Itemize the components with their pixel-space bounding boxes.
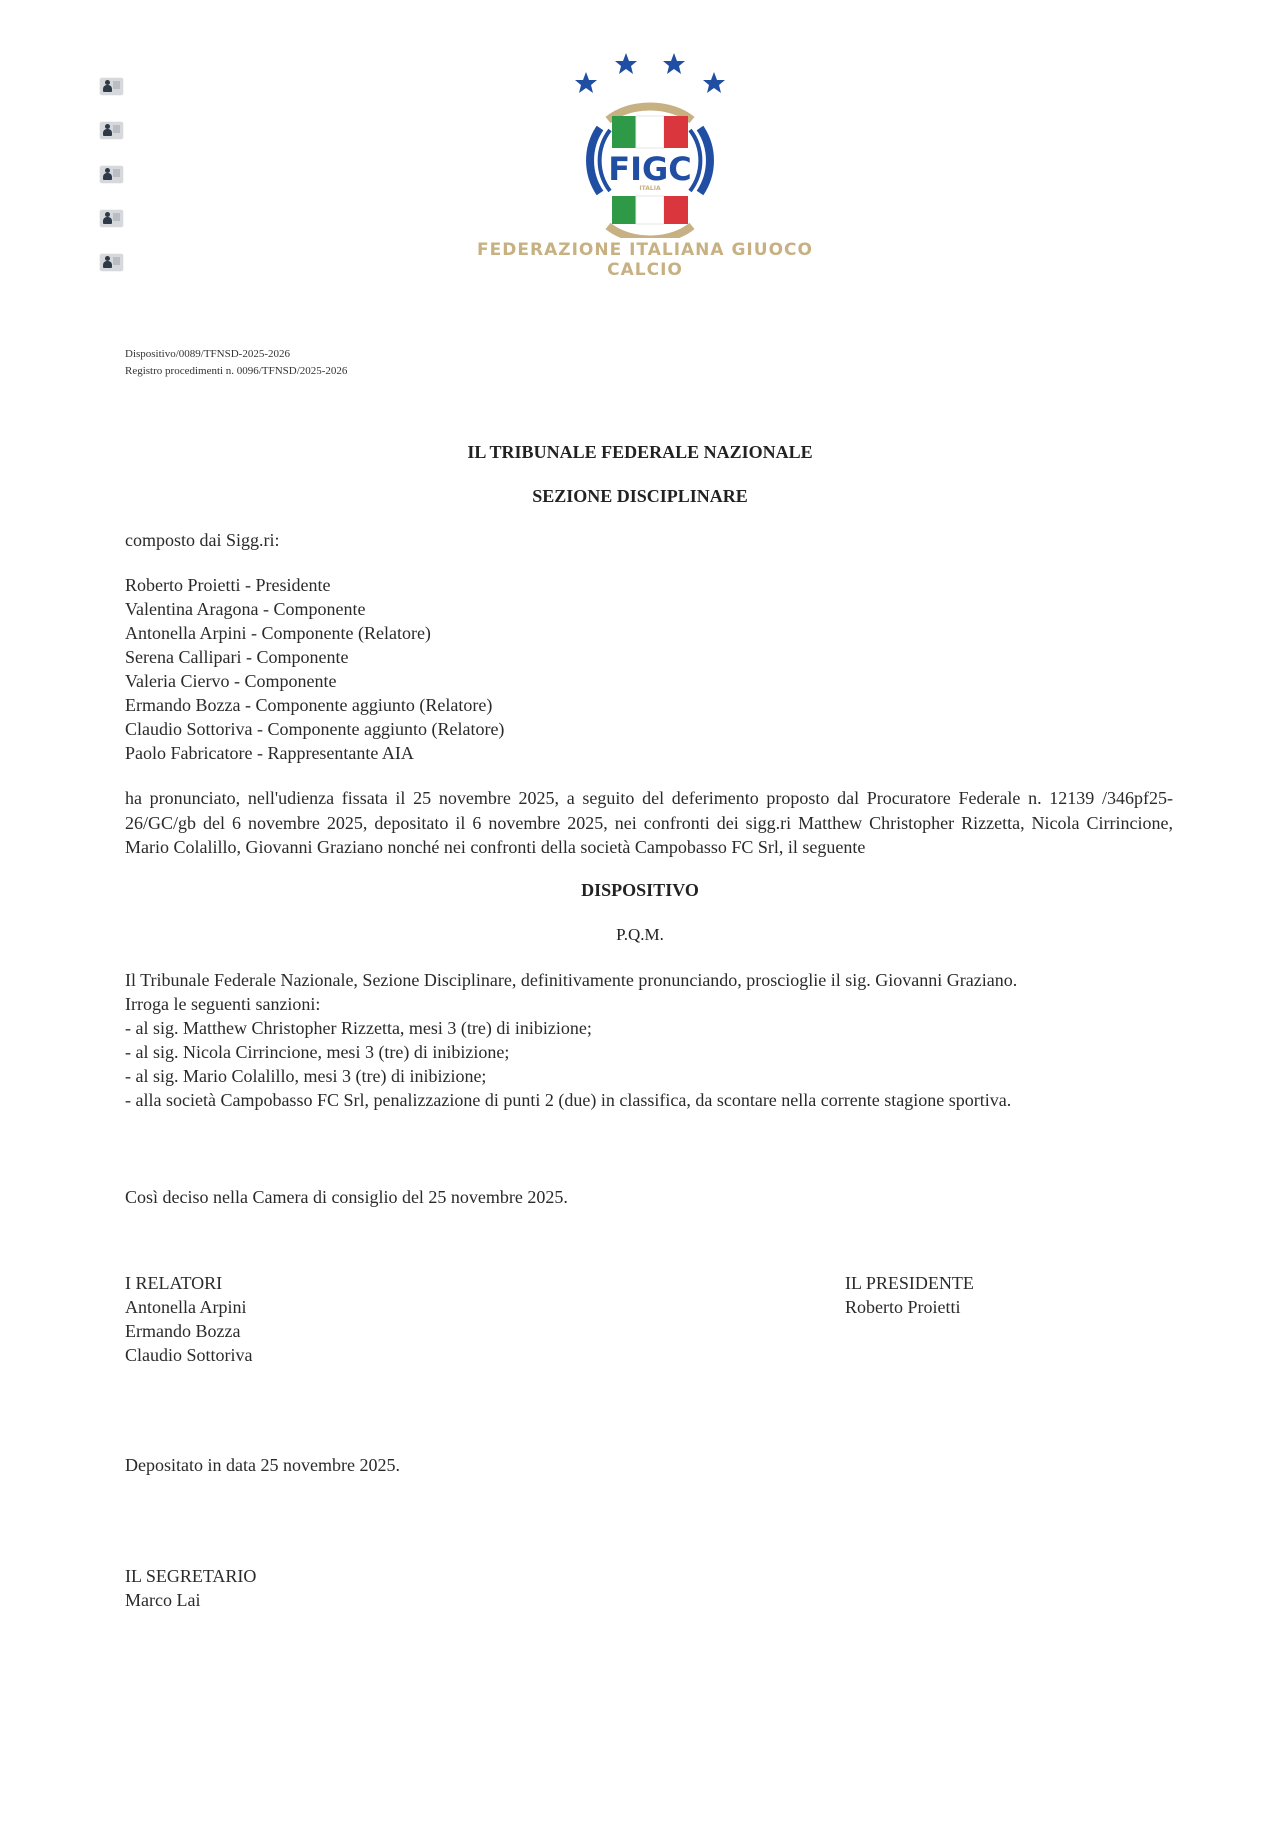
- ruling-section: Il Tribunale Federale Nazionale, Sezione…: [125, 968, 1017, 1112]
- relatore-name: Antonella Arpini: [125, 1295, 253, 1319]
- relatore-name: Ermando Bozza: [125, 1319, 253, 1343]
- relatori-signature-block: I RELATORI Antonella Arpini Ermando Bozz…: [125, 1271, 253, 1367]
- contact-card-icon[interactable]: [100, 78, 123, 95]
- relatore-name: Claudio Sottoriva: [125, 1343, 253, 1367]
- member-item: Serena Callipari - Componente: [125, 645, 504, 669]
- acquittal-text: Il Tribunale Federale Nazionale, Sezione…: [125, 968, 1017, 992]
- deposited-statement: Depositato in data 25 novembre 2025.: [125, 1453, 400, 1477]
- contact-card-icon[interactable]: [100, 166, 123, 183]
- members-list: Roberto Proietti - Presidente Valentina …: [125, 573, 504, 765]
- pronouncement-paragraph: ha pronunciato, nell'udienza fissata il …: [125, 786, 1173, 860]
- member-item: Valentina Aragona - Componente: [125, 597, 504, 621]
- sanction-item: - al sig. Mario Colalillo, mesi 3 (tre) …: [125, 1064, 1017, 1088]
- member-item: Antonella Arpini - Componente (Relatore): [125, 621, 504, 645]
- dispositivo-heading: DISPOSITIVO: [0, 880, 1280, 901]
- document-subtitle: SEZIONE DISCIPLINARE: [0, 486, 1280, 507]
- presidente-signature-block: IL PRESIDENTE Roberto Proietti: [845, 1271, 974, 1319]
- presidente-label: IL PRESIDENTE: [845, 1271, 974, 1295]
- member-item: Paolo Fabricatore - Rappresentante AIA: [125, 741, 504, 765]
- sanction-item: - alla società Campobasso FC Srl, penali…: [125, 1088, 1017, 1112]
- svg-text:ITALIA: ITALIA: [639, 185, 661, 192]
- figc-logo: FIGC ITALIA: [570, 48, 730, 238]
- registro-number: Registro procedimenti n. 0096/TFNSD/2025…: [125, 363, 347, 380]
- secretary-name: Marco Lai: [125, 1588, 256, 1612]
- member-item: Claudio Sottoriva - Componente aggiunto …: [125, 717, 504, 741]
- sanctions-intro: Irroga le seguenti sanzioni:: [125, 992, 1017, 1016]
- member-item: Ermando Bozza - Componente aggiunto (Rel…: [125, 693, 504, 717]
- document-title: IL TRIBUNALE FEDERALE NAZIONALE: [0, 442, 1280, 463]
- contact-card-icon[interactable]: [100, 210, 123, 227]
- secretary-label: IL SEGRETARIO: [125, 1564, 256, 1588]
- secretary-signature-block: IL SEGRETARIO Marco Lai: [125, 1564, 256, 1612]
- member-item: Roberto Proietti - Presidente: [125, 573, 504, 597]
- relatori-label: I RELATORI: [125, 1271, 253, 1295]
- federation-name: FEDERAZIONE ITALIANA GIUOCO CALCIO: [470, 240, 820, 280]
- member-item: Valeria Ciervo - Componente: [125, 669, 504, 693]
- contact-card-icon[interactable]: [100, 122, 123, 139]
- svg-text:FIGC: FIGC: [608, 150, 692, 188]
- star-icon: [575, 53, 725, 93]
- document-reference: Dispositivo/0089/TFNSD-2025-2026 Registr…: [125, 346, 347, 380]
- pqm-heading: P.Q.M.: [0, 925, 1280, 945]
- sanction-item: - al sig. Matthew Christopher Rizzetta, …: [125, 1016, 1017, 1040]
- composed-intro: composto dai Sigg.ri:: [125, 528, 280, 552]
- sanction-item: - al sig. Nicola Cirrincione, mesi 3 (tr…: [125, 1040, 1017, 1064]
- presidente-name: Roberto Proietti: [845, 1295, 974, 1319]
- decided-statement: Così deciso nella Camera di consiglio de…: [125, 1185, 568, 1209]
- contact-card-icon[interactable]: [100, 254, 123, 271]
- dispositivo-number: Dispositivo/0089/TFNSD-2025-2026: [125, 346, 347, 363]
